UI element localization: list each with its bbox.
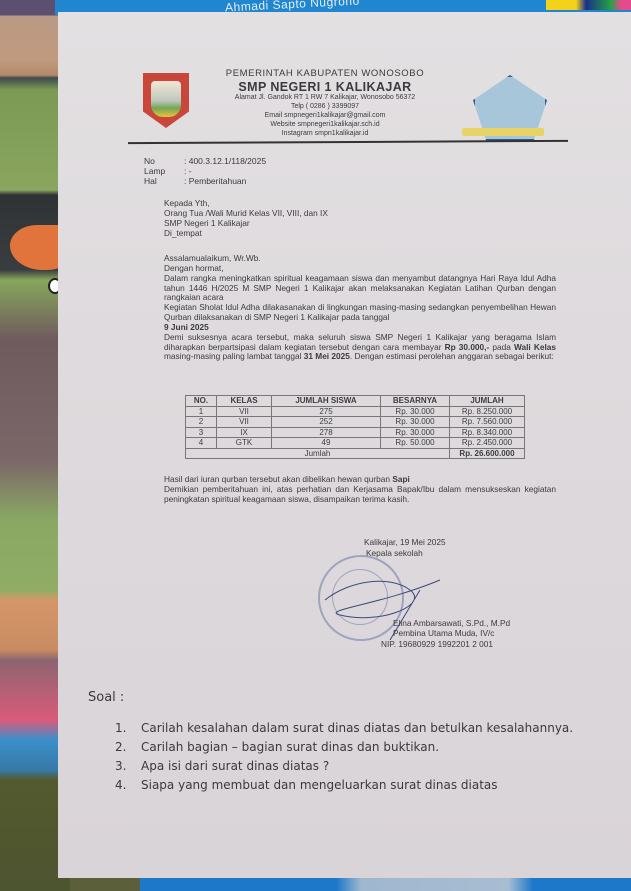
- cell-no: 2: [186, 417, 217, 428]
- signer-rank: Pembina Utama Muda, IV/c: [393, 628, 494, 638]
- col-besarnya: BESARNYA: [381, 396, 450, 407]
- total-value: Rp. 26.600.000: [450, 448, 525, 459]
- cell-jumlah: Rp. 8.340.000: [450, 427, 525, 438]
- question-text: Apa isi dari surat dinas diatas ?: [141, 759, 329, 773]
- question-number: 1.: [115, 721, 141, 735]
- col-no: NO.: [186, 396, 217, 407]
- cell-besarnya: Rp. 50.000: [381, 438, 450, 449]
- letter-number-row: No: 400.3.12.1/118/2025: [144, 156, 266, 166]
- letterhead-school-name: SMP NEGERI 1 KALIKAJAR: [180, 80, 470, 94]
- question-number: 3.: [115, 759, 141, 773]
- question-item: 2.Carilah bagian – bagian surat dinas da…: [115, 740, 439, 754]
- cell-besarnya: Rp. 30.000: [381, 417, 450, 428]
- letterhead-government: PEMERINTAH KABUPATEN WONOSOBO: [180, 68, 470, 79]
- background-blue-object: [140, 876, 631, 891]
- letterhead-phone: Telp ( 0286 ) 3399097: [180, 103, 470, 110]
- cell-no: 4: [186, 438, 217, 449]
- question-number: 2.: [115, 740, 141, 754]
- cell-besarnya: Rp. 30.000: [381, 427, 450, 438]
- paragraph-3: Demi suksesnya acara tersebut, maka selu…: [164, 333, 556, 362]
- question-item: 3.Apa isi dari surat dinas diatas ?: [115, 759, 329, 773]
- book-cover-colors: [531, 0, 631, 10]
- table-row: 3IX278Rp. 30.000Rp. 8.340.000: [186, 427, 525, 438]
- recipient-line-3: SMP Negeri 1 Kalikajar: [164, 219, 556, 229]
- question-text: Carilah kesalahan dalam surat dinas diat…: [141, 721, 573, 735]
- question-text: Siapa yang membuat dan mengeluarkan sura…: [141, 778, 498, 792]
- letter-number-label: No: [144, 156, 176, 166]
- paragraph-2: Kegiatan Sholat Idul Adha dilakasanakan …: [164, 303, 556, 322]
- payment-recipient: Wali Kelas: [514, 342, 556, 352]
- attachment-label: Lamp: [144, 166, 176, 176]
- subject-label: Hal: [144, 176, 176, 186]
- cell-besarnya: Rp. 30.000: [381, 406, 450, 417]
- signer-name: Elina Ambarsawati, S.Pd., M.Pd: [393, 618, 510, 628]
- budget-table: NO. KELAS JUMLAH SISWA BESARNYA JUMLAH 1…: [185, 395, 525, 459]
- cell-no: 3: [186, 427, 217, 438]
- table-row: 1VII275Rp. 30.000Rp. 8.250.000: [186, 406, 525, 417]
- attachment-value: : -: [184, 166, 192, 176]
- col-kelas: KELAS: [217, 396, 272, 407]
- cell-kelas: VII: [217, 417, 272, 428]
- subject-row: Hal: Pemberitahuan: [144, 176, 246, 186]
- letterhead-instagram: Instagram smpn1kalikajar.id: [180, 130, 470, 137]
- signature-position: Kepala sekolah: [366, 548, 423, 558]
- paragraph-4-text: Hasil dari iuran qurban tersebut akan di…: [164, 474, 392, 484]
- total-label: Jumlah: [186, 448, 450, 459]
- fee-amount: Rp 30.000,-: [445, 342, 493, 352]
- letterhead-email: Email smpnegeri1kalikajar@gmail.com: [180, 112, 470, 119]
- cell-jumlah: Rp. 2.450.000: [450, 438, 525, 449]
- question-item: 1.Carilah kesalahan dalam surat dinas di…: [115, 721, 573, 735]
- cell-kelas: VII: [217, 406, 272, 417]
- question-text: Carilah bagian – bagian surat dinas dan …: [141, 740, 439, 754]
- letterhead-website: Website smpnegeri1kalikajar.sch.id: [180, 121, 470, 128]
- attachment-row: Lamp: -: [144, 166, 192, 176]
- cell-jumlah: Rp. 7.560.000: [450, 417, 525, 428]
- closing-paragraph: Demikian pemberitahuan ini, atas perhati…: [164, 485, 556, 504]
- table-total-row: Jumlah Rp. 26.600.000: [186, 448, 525, 459]
- signature-place-date: Kalikajar, 19 Mei 2025: [364, 537, 446, 547]
- question-item: 4.Siapa yang membuat dan mengeluarkan su…: [115, 778, 498, 792]
- school-logo-ribbon: [462, 128, 544, 136]
- cell-no: 1: [186, 406, 217, 417]
- regency-logo-emblem: [151, 81, 181, 117]
- letter-number-value: : 400.3.12.1/118/2025: [184, 156, 266, 166]
- subject-value: : Pemberitahuan: [184, 176, 246, 186]
- table-row: 4GTK49Rp. 50.000Rp. 2.450.000: [186, 438, 525, 449]
- question-number: 4.: [115, 778, 141, 792]
- cell-kelas: GTK: [217, 438, 272, 449]
- payment-deadline: 31 Mei 2025: [304, 351, 350, 361]
- questions-title: Soal :: [88, 690, 124, 705]
- paragraph-3-text-b: pada: [492, 342, 514, 352]
- col-jumlah-siswa: JUMLAH SISWA: [272, 396, 381, 407]
- table-row: 2VII252Rp. 30.000Rp. 7.560.000: [186, 417, 525, 428]
- qurban-animal: Sapi: [392, 474, 410, 484]
- col-jumlah: JUMLAH: [450, 396, 525, 407]
- paragraph-3-text-d: . Dengan estimasi perolehan anggaran seb…: [350, 351, 554, 361]
- paragraph-1: Dalam rangka meningkatkan spiritual keag…: [164, 274, 556, 303]
- recipient-line-4: Di_tempat: [164, 229, 556, 239]
- cell-jumlah-siswa: 49: [272, 438, 381, 449]
- cell-jumlah-siswa: 252: [272, 417, 381, 428]
- cell-jumlah-siswa: 278: [272, 427, 381, 438]
- cell-kelas: IX: [217, 427, 272, 438]
- cell-jumlah-siswa: 275: [272, 406, 381, 417]
- cell-jumlah: Rp. 8.250.000: [450, 406, 525, 417]
- signer-nip: NIP. 19680929 1992201 2 001: [381, 639, 493, 649]
- letterhead-address: Alamat Jl. Gandok RT 1 RW 7 Kalikajar, W…: [180, 94, 470, 101]
- paragraph-3-text-c: masing-masing paling lambat tanggal: [164, 351, 304, 361]
- table-header-row: NO. KELAS JUMLAH SISWA BESARNYA JUMLAH: [186, 396, 525, 407]
